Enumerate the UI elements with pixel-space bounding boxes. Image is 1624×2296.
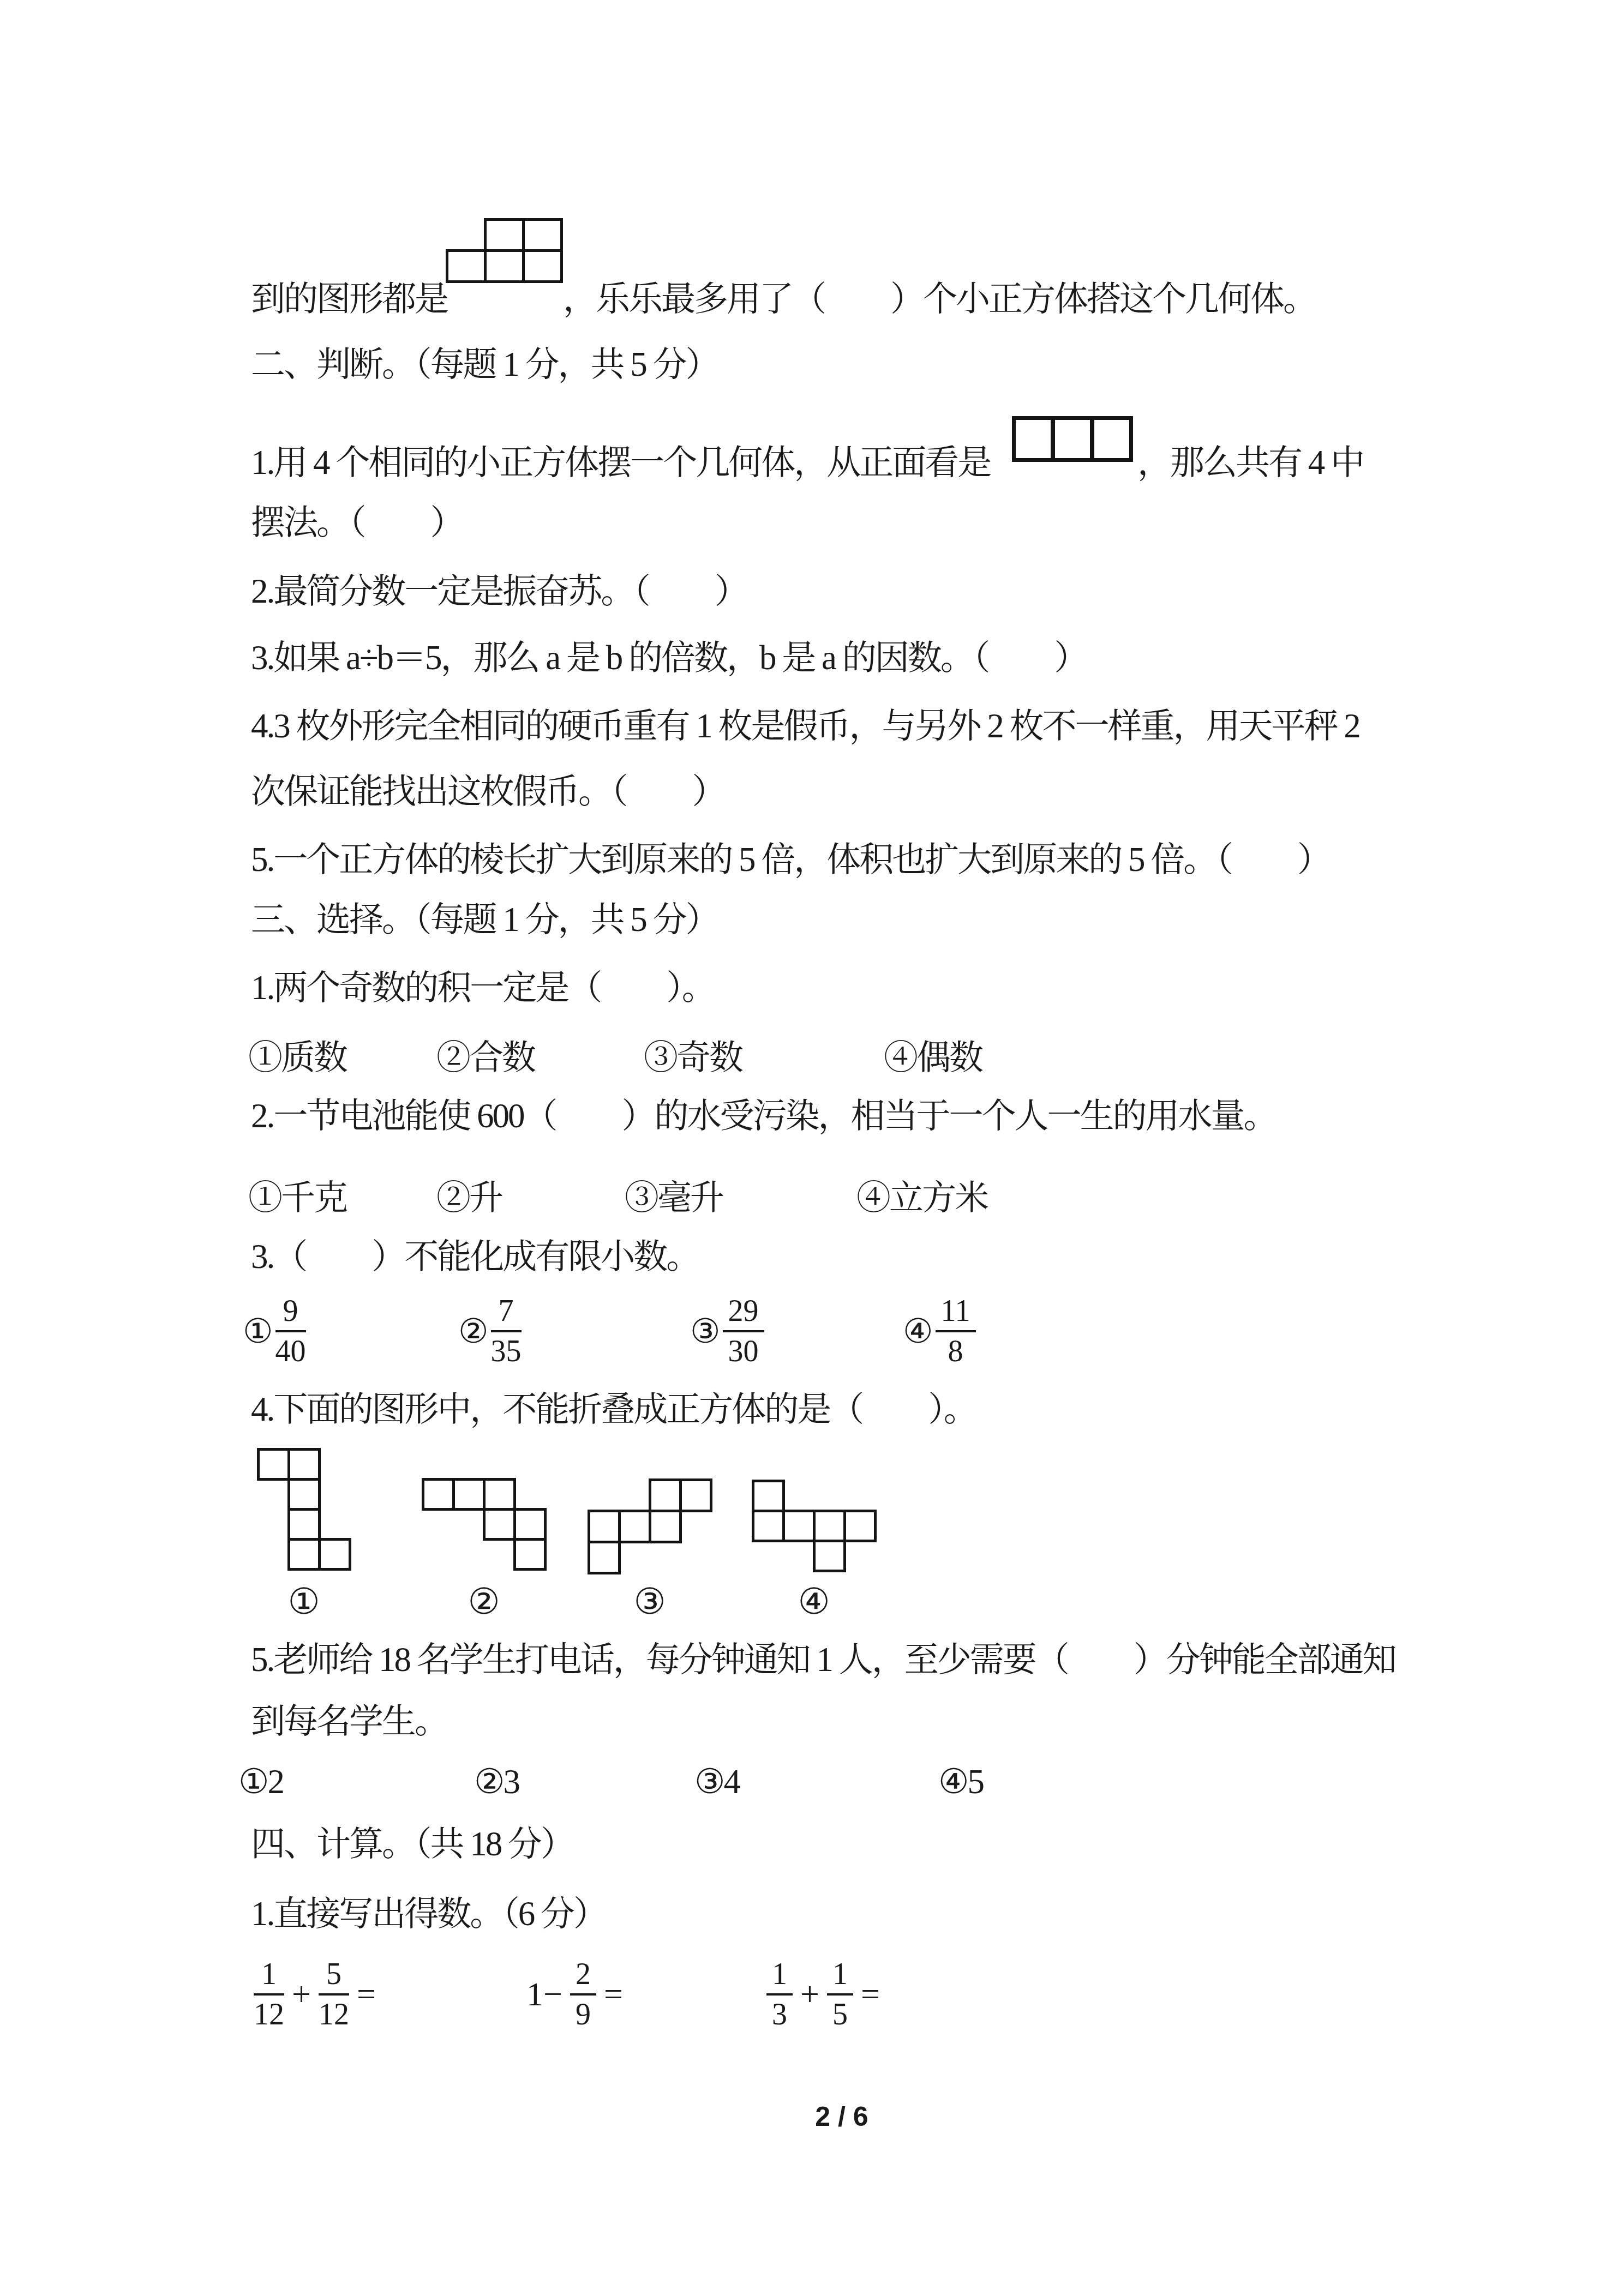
s2q1-text-wrap: 摆法。（ ） — [251, 503, 463, 542]
s3q2-option-4: ④立方米 — [856, 1170, 987, 1219]
s3q4-net-label-1: ① — [287, 1580, 320, 1623]
grid-square — [513, 1538, 547, 1571]
section4-title: 四、计算。（共 18 分） — [251, 1824, 573, 1864]
calc-expression-1: 1 12 + 5 12 = — [254, 1957, 383, 2032]
plus-operator: + — [800, 1975, 819, 2014]
s3q1-options-row: ①质数 ②合数 ③奇数 ④偶数 — [0, 1030, 1624, 1082]
s3q4-net-label-2: ② — [468, 1580, 500, 1623]
s3q1-option-1: ①质数 — [248, 1030, 346, 1079]
intro-text-after: ，乐乐最多用了（ ）个小正方体搭这个几何体。 — [563, 279, 1316, 318]
s3q4-net-label-3: ③ — [633, 1580, 666, 1623]
grid-square — [813, 1510, 846, 1542]
s2q4-text-line2: 次保证能找出这枚假币。（ ） — [251, 772, 725, 811]
s2q4-text-line1: 4.3 枚外形完全相同的硬币重有 1 枚是假币，与另外 2 枚不一样重，用天平秤… — [251, 706, 1359, 746]
grid-square — [1090, 416, 1133, 462]
s3q5-text-line1: 5.老师给 18 名学生打电话，每分钟通知 1 人，至少需要（ ）分钟能全部通知 — [251, 1640, 1395, 1679]
s3q2-option-2: ②升 — [436, 1170, 502, 1219]
s4q1-text: 1.直接写出得数。（6 分） — [251, 1894, 606, 1933]
s3q5-option-3: ③4 — [694, 1762, 739, 1802]
s3q5-option-2: ②3 — [474, 1762, 519, 1802]
equals-sign: = — [357, 1975, 376, 2014]
s3q1-option-3: ③奇数 — [644, 1030, 742, 1079]
s3q3-option-1: ① 9 40 — [243, 1294, 306, 1369]
s3q2-option-3: ③毫升 — [625, 1170, 723, 1219]
s2q2-text: 2.最简分数一定是振奋苏。（ ） — [251, 572, 747, 611]
grid-square — [287, 1538, 321, 1571]
section3-title: 三、选择。（每题 1 分，共 5 分） — [251, 900, 718, 939]
s4q1-calc-row: 1 12 + 5 12 = 1− 2 9 = 1 3 + 1 — [0, 1957, 1624, 2044]
s3q5-text-line2: 到每名学生。 — [251, 1702, 447, 1741]
intro-text-before: 到的图形都是 — [251, 279, 447, 318]
s3q2-options-row: ①千克 ②升 ③毫升 ④立方米 — [0, 1170, 1624, 1222]
s3q1-option-2: ②合数 — [436, 1030, 535, 1079]
grid-square — [813, 1540, 846, 1572]
exam-page: 到的图形都是 ，乐乐最多用了（ ）个小正方体搭这个几何体。 二、判断。（每题 1… — [0, 0, 1624, 2296]
s3q3-options-row: ① 9 40 ② 7 35 ③ 29 30 ④ 11 8 — [0, 1294, 1624, 1375]
option-circled-digit: ③ — [690, 1311, 721, 1351]
s3q4-net-figure-4 — [752, 1480, 877, 1572]
plus-operator: + — [292, 1975, 311, 2014]
grid-square — [1051, 416, 1094, 462]
grid-square — [679, 1478, 712, 1512]
fraction: 2 9 — [570, 1957, 596, 2032]
grid-square — [513, 1508, 547, 1541]
grid-square — [452, 1478, 486, 1511]
s3q3-text: 3.（ ）不能化成有限小数。 — [251, 1237, 699, 1276]
s2q1-front-view-figure — [1012, 416, 1133, 462]
fraction: 29 30 — [723, 1294, 764, 1369]
s3q3-option-4: ④ 11 8 — [903, 1294, 976, 1369]
grid-square — [588, 1510, 621, 1543]
grid-square — [1012, 416, 1054, 462]
s3q4-net-figure-2 — [422, 1478, 547, 1571]
grid-square — [318, 1538, 351, 1571]
grid-square — [483, 1478, 516, 1511]
grid-square — [257, 1448, 290, 1481]
grid-square — [446, 249, 487, 283]
fraction: 7 35 — [491, 1294, 522, 1369]
grid-square — [752, 1510, 785, 1542]
intro-block-figure — [446, 218, 563, 283]
grid-square — [287, 1508, 321, 1541]
fraction: 1 3 — [766, 1957, 793, 2032]
equals-sign: = — [861, 1975, 880, 2014]
grid-square — [483, 1508, 516, 1541]
fraction: 1 12 — [254, 1957, 284, 2032]
grid-square — [484, 218, 525, 252]
option-circled-digit: ④ — [903, 1311, 933, 1351]
s3q2-text: 2.一节电池能使 600（ ）的水受污染，相当于一个人一生的用水量。 — [251, 1096, 1277, 1135]
grid-square — [782, 1510, 816, 1542]
s3q4-net-figure-3 — [588, 1478, 712, 1574]
option-circled-digit: ② — [458, 1311, 489, 1351]
section2-title: 二、判断。（每题 1 分，共 5 分） — [251, 345, 718, 384]
calc-expression-2: 1− 2 9 = — [526, 1957, 631, 2032]
s3q2-option-1: ①千克 — [248, 1170, 346, 1219]
grid-square — [649, 1510, 682, 1543]
grid-square — [287, 1448, 321, 1481]
s2q1-text-before: 1.用 4 个相同的小正方体摆一个几何体，从正面看是 — [251, 443, 990, 482]
s3q5-options-row: ①2 ②3 ③4 ④5 — [0, 1762, 1624, 1814]
grid-square — [588, 1541, 621, 1574]
s2q5-text: 5.一个正方体的棱长扩大到原来的 5 倍，体积也扩大到原来的 5 倍。（ ） — [251, 840, 1330, 879]
grid-square — [484, 249, 525, 283]
s3q4-text: 4.下面的图形中，不能折叠成正方体的是（ ）。 — [251, 1390, 976, 1429]
grid-square — [618, 1510, 651, 1543]
fraction: 9 40 — [275, 1294, 306, 1369]
option-circled-digit: ① — [243, 1311, 273, 1351]
minuend-and-minus: 1− — [526, 1975, 562, 2014]
s3q5-option-4: ④5 — [938, 1762, 983, 1802]
s3q4-net-label-4: ④ — [798, 1580, 830, 1623]
s2q3-text: 3.如果 a÷b＝5，那么 a 是 b 的倍数，b 是 a 的因数。（ ） — [251, 638, 1087, 677]
fraction: 11 8 — [936, 1294, 976, 1369]
s3q1-text: 1.两个奇数的积一定是（ ）。 — [251, 968, 715, 1007]
calc-expression-3: 1 3 + 1 5 = — [766, 1957, 888, 2032]
grid-square — [422, 1478, 455, 1511]
s3q5-option-1: ①2 — [238, 1762, 283, 1802]
grid-square — [649, 1478, 682, 1512]
grid-square — [287, 1478, 321, 1511]
s3q3-option-2: ② 7 35 — [458, 1294, 522, 1369]
s3q1-option-4: ④偶数 — [884, 1030, 982, 1079]
s3q4-net-figure-1 — [257, 1448, 351, 1571]
page-number: 2 / 6 — [815, 2101, 868, 2132]
fraction: 1 5 — [827, 1957, 853, 2032]
equals-sign: = — [604, 1975, 623, 2014]
fraction: 5 12 — [319, 1957, 349, 2032]
grid-square — [752, 1480, 785, 1512]
grid-square — [522, 218, 563, 252]
grid-square — [522, 249, 563, 283]
grid-square — [843, 1510, 877, 1542]
s2q1-text-after: ，那么共有 4 中 — [1137, 443, 1363, 482]
s3q3-option-3: ③ 29 30 — [690, 1294, 764, 1369]
